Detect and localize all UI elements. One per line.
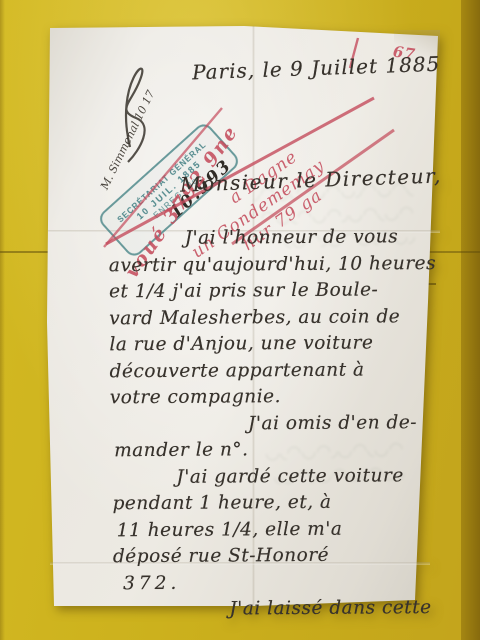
body-line: la rue d'Anjou, une voiture — [109, 330, 477, 359]
body-line: pendant 1 heure, et, à — [112, 489, 478, 518]
body-line: vard Malesherbes, au coin de — [109, 303, 477, 332]
body-line: avertir qu'aujourd'hui, 10 heures — [109, 250, 477, 279]
body-line: J'ai gardé cette voiture — [176, 462, 478, 491]
body-line: J'ai laissé dans cette — [229, 595, 479, 623]
letter-paper: ◞◠◡◠◟◡◠◡◠◞◡◠◟ ◠◡◞◠◡◟◠◡◠◞◡◠ ◟◡◠◞◡◠◡◟◠◡◞◠ … — [44, 22, 446, 614]
body-line: déposé rue St-Honoré — [113, 542, 479, 571]
body-line: J'ai l'honneur de vous — [185, 224, 477, 253]
body-line: découverte appartenant à — [110, 356, 478, 385]
letter-body: J'ai l'honneur de vous avertir qu'aujour… — [109, 224, 480, 624]
body-line: et 1/4 j'ai pris sur le Boule- — [109, 277, 477, 306]
backdrop-left-shadow — [0, 0, 5, 640]
body-line: 372. — [123, 568, 479, 597]
photograph-of-letter: ◞◠◡◠◟◡◠◡◠◞◡◠◟ ◠◡◞◠◡◟◠◡◠◞◡◠ ◟◡◠◞◡◠◡◟◠◡◞◠ … — [0, 0, 480, 640]
body-line: J'ai omis d'en de- — [248, 409, 478, 437]
body-line: 11 heures 1/4, elle m'a — [117, 515, 479, 544]
body-line: mander le n°. — [114, 436, 478, 465]
body-line: votre compagnie. — [110, 383, 478, 412]
